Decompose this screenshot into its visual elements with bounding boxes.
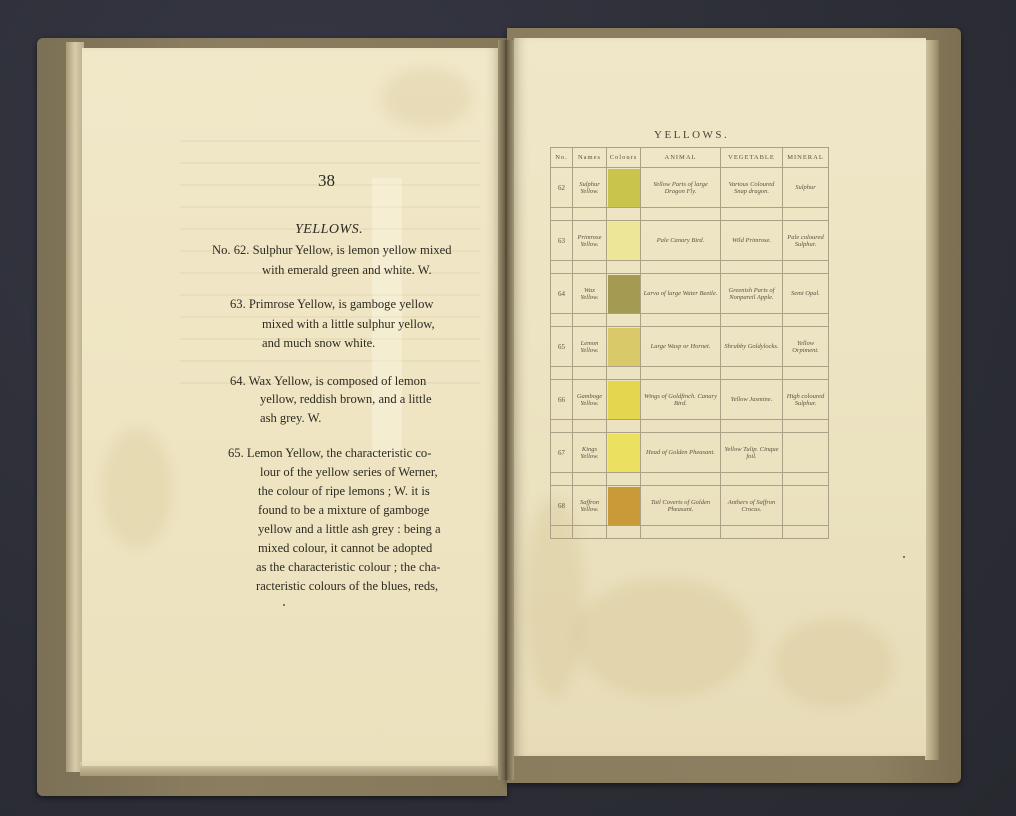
colour-name: Gamboge Yellow. [573,380,607,420]
colour-swatch [608,487,640,525]
page-edges-right [925,40,939,760]
vegetable-example: Wild Primrose. [721,221,783,261]
row-number: 62 [551,168,573,208]
animal-example: Head of Golden Pheasant. [641,433,721,473]
spacer-row [551,208,829,221]
animal-example: Larva of large Water Beetle. [641,274,721,314]
entry-65-line-1: 65. Lemon Yellow, the characteristic co- [228,447,431,460]
page-number: 38 [318,171,335,191]
entry-65-line-5: yellow and a little ash grey : being a [258,523,441,536]
animal-example: Tail Coverts of Golden Pheasant. [641,486,721,526]
book-gutter [498,40,514,780]
entry-64-line-2: yellow, reddish brown, and a little [260,393,432,406]
table-row: 66 Gamboge Yellow. Wings of Goldfinch. C… [551,380,829,420]
table-row: 64 Wax Yellow. Larva of large Water Beet… [551,274,829,314]
vegetable-example: Various Coloured Snap dragon. [721,168,783,208]
colour-name: Sulphur Yellow. [573,168,607,208]
page-speck [903,556,905,558]
entry-63-line-1: 63. Primrose Yellow, is gamboge yellow [230,298,433,311]
entry-64-line-3: ash grey. W. [260,412,321,425]
entry-63-line-3: and much snow white. [262,337,375,350]
header-vegetable: VEGETABLE [721,148,783,168]
colour-name: Lemon Yellow. [573,327,607,367]
row-number: 67 [551,433,573,473]
colour-swatch [608,169,640,207]
spacer-row [551,314,829,327]
vegetable-example: Yellow Tulip. Cinque foil. [721,433,783,473]
spacer-row [551,367,829,380]
row-number: 63 [551,221,573,261]
entry-65-line-2: lour of the yellow series of Werner, [260,466,438,479]
row-number: 64 [551,274,573,314]
entry-63-line-2: mixed with a little sulphur yellow, [262,318,435,331]
colour-swatch [608,222,640,260]
colour-name: Wax Yellow. [573,274,607,314]
entry-62-line-1: No. 62. Sulphur Yellow, is lemon yellow … [212,244,452,257]
animal-example: Yellow Parts of large Dragon Fly. [641,168,721,208]
spacer-row [551,473,829,486]
mineral-example: Yellow Orpiment. [783,327,829,367]
table-row: 63 Primrose Yellow. Pale Canary Bird. Wi… [551,221,829,261]
entry-64-line-1: 64. Wax Yellow, is composed of lemon [230,375,426,388]
table-row: 65 Lemon Yellow. Large Wasp or Hornet. S… [551,327,829,367]
colour-name: Kings Yellow. [573,433,607,473]
colour-plate-table: No. Names Colours ANIMAL VEGETABLE MINER… [550,147,829,539]
vegetable-example: Greenish Parts of Nonpareil Apple. [721,274,783,314]
table-row: 62 Sulphur Yellow. Yellow Parts of large… [551,168,829,208]
vegetable-example: Anthers of Saffron Crocus. [721,486,783,526]
table-row: 67 Kings Yellow. Head of Golden Pheasant… [551,433,829,473]
section-title: YELLOWS. [295,222,363,238]
vegetable-example: Shrubby Goldylocks. [721,327,783,367]
entry-65-line-6: mixed colour, it cannot be adopted [258,542,432,555]
animal-example: Wings of Goldfinch. Canary Bird. [641,380,721,420]
mineral-example [783,433,829,473]
animal-example: Large Wasp or Hornet. [641,327,721,367]
header-names: Names [573,148,607,168]
spacer-row [551,261,829,274]
colour-swatch [608,275,640,313]
spacer-row [551,526,829,539]
page-speck [283,604,285,606]
header-no: No. [551,148,573,168]
colour-name: Primrose Yellow. [573,221,607,261]
header-mineral: MINERAL [783,148,829,168]
mineral-example [783,486,829,526]
row-number: 65 [551,327,573,367]
table-row: 68 Saffron Yellow. Tail Coverts of Golde… [551,486,829,526]
header-animal: ANIMAL [641,148,721,168]
colour-name: Saffron Yellow. [573,486,607,526]
header-colours: Colours [607,148,641,168]
row-number: 68 [551,486,573,526]
plate-title: YELLOWS. [654,129,729,141]
entry-65-line-7: as the characteristic colour ; the cha- [256,561,441,574]
colour-swatch [608,434,640,472]
entry-65-line-3: the colour of ripe lemons ; W. it is [258,485,430,498]
mineral-example: Sulphur [783,168,829,208]
table-header-row: No. Names Colours ANIMAL VEGETABLE MINER… [551,148,829,168]
entry-65-line-8: racteristic colours of the blues, reds, [256,580,438,593]
animal-example: Pale Canary Bird. [641,221,721,261]
entry-62-line-2: with emerald green and white. W. [262,264,432,277]
colour-swatch [608,381,640,419]
mineral-example: High coloured Sulphur. [783,380,829,420]
mineral-example: Pale coloured Sulphur. [783,221,829,261]
mineral-example: Semi Opal. [783,274,829,314]
row-number: 66 [551,380,573,420]
spacer-row [551,420,829,433]
entry-65-line-4: found to be a mixture of gamboge [258,504,429,517]
colour-swatch [608,328,640,366]
vegetable-example: Yellow Jasmine. [721,380,783,420]
